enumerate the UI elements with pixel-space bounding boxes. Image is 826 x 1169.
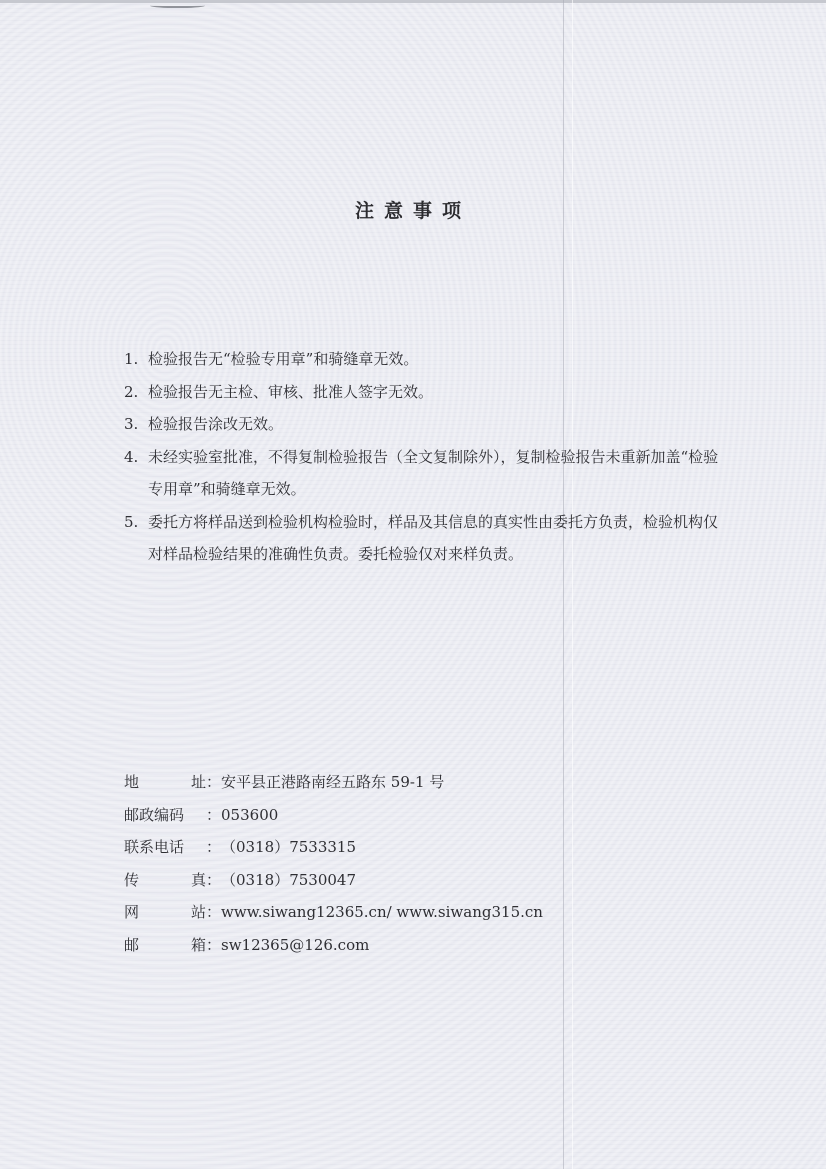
note-text: 检验报告涂改无效。 xyxy=(148,408,724,441)
page-title: 注意事项 xyxy=(0,196,826,223)
note-number: 1. xyxy=(124,343,148,376)
fax-label: 传 真 xyxy=(124,864,206,897)
note-item: 1. 检验报告无“检验专用章”和骑缝章无效。 xyxy=(124,343,724,376)
website-value: www.siwang12365.cn/ www.siwang315.cn xyxy=(221,896,543,929)
note-text: 未经实验室批准，不得复制检验报告（全文复制除外），复制检验报告未重新加盖“检验专… xyxy=(148,441,724,506)
note-item: 5. 委托方将样品送到检验机构检验时，样品及其信息的真实性由委托方负责，检验机构… xyxy=(124,506,724,571)
label-char: 地 xyxy=(124,766,139,799)
label-separator: ： xyxy=(206,896,221,929)
label-char: 传 xyxy=(124,864,139,897)
note-number: 3. xyxy=(124,408,148,441)
fax-row: 传 真 ： （0318）7530047 xyxy=(124,864,543,897)
note-text: 委托方将样品送到检验机构检验时，样品及其信息的真实性由委托方负责，检验机构仅对样… xyxy=(148,506,724,571)
label-separator: ： xyxy=(206,799,221,832)
fold-line-highlight xyxy=(572,0,573,1169)
phone-value: （0318）7533315 xyxy=(221,831,356,864)
address-value: 安平县正港路南经五路东 59-1 号 xyxy=(221,766,444,799)
postcode-value: 053600 xyxy=(221,799,278,832)
scan-mark xyxy=(150,2,205,8)
label-char: 真 xyxy=(191,864,206,897)
scan-top-edge xyxy=(0,0,826,3)
contact-info: 地 址 ： 安平县正港路南经五路东 59-1 号 邮政编码 ： 053600 联… xyxy=(124,766,543,961)
label-char: 箱 xyxy=(191,929,206,962)
note-text: 检验报告无主检、审核、批准人签字无效。 xyxy=(148,376,724,409)
note-number: 2. xyxy=(124,376,148,409)
label-char: 邮 xyxy=(124,929,139,962)
fax-value: （0318）7530047 xyxy=(221,864,356,897)
label-separator: ： xyxy=(206,831,221,864)
label-separator: ： xyxy=(206,864,221,897)
phone-label: 联系电话 xyxy=(124,831,206,864)
label-char: 址 xyxy=(191,766,206,799)
postcode-row: 邮政编码 ： 053600 xyxy=(124,799,543,832)
phone-row: 联系电话 ： （0318）7533315 xyxy=(124,831,543,864)
email-row: 邮 箱 ： sw12365@126.com xyxy=(124,929,543,962)
note-item: 3. 检验报告涂改无效。 xyxy=(124,408,724,441)
website-row: 网 站 ： www.siwang12365.cn/ www.siwang315.… xyxy=(124,896,543,929)
address-row: 地 址 ： 安平县正港路南经五路东 59-1 号 xyxy=(124,766,543,799)
note-item: 2. 检验报告无主检、审核、批准人签字无效。 xyxy=(124,376,724,409)
notes-list: 1. 检验报告无“检验专用章”和骑缝章无效。 2. 检验报告无主检、审核、批准人… xyxy=(124,343,724,571)
label-separator: ： xyxy=(206,929,221,962)
note-number: 4. xyxy=(124,441,148,506)
fold-line xyxy=(563,0,564,1169)
note-text: 检验报告无“检验专用章”和骑缝章无效。 xyxy=(148,343,724,376)
email-label: 邮 箱 xyxy=(124,929,206,962)
email-value: sw12365@126.com xyxy=(221,929,369,962)
label-char: 站 xyxy=(191,896,206,929)
website-label: 网 站 xyxy=(124,896,206,929)
address-label: 地 址 xyxy=(124,766,206,799)
note-number: 5. xyxy=(124,506,148,571)
note-item: 4. 未经实验室批准，不得复制检验报告（全文复制除外），复制检验报告未重新加盖“… xyxy=(124,441,724,506)
label-separator: ： xyxy=(206,766,221,799)
postcode-label: 邮政编码 xyxy=(124,799,206,832)
label-char: 网 xyxy=(124,896,139,929)
